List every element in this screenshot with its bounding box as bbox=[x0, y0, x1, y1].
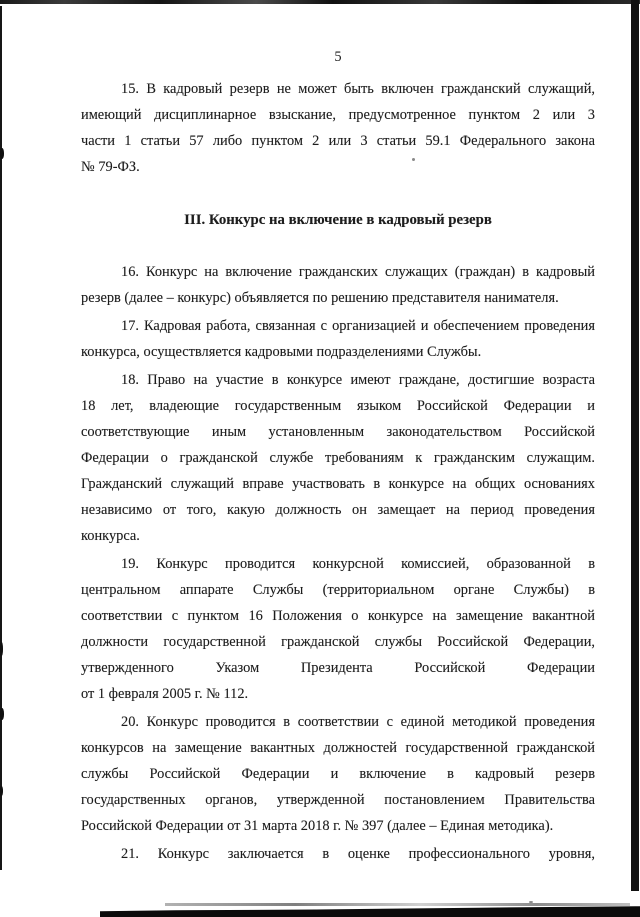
text-line: центральном аппарате Службы (территориал… bbox=[81, 577, 595, 603]
section-heading: III. Конкурс на включение в кадровый рез… bbox=[81, 207, 595, 233]
paragraph-18: 18. Право на участие в конкурсе имеют гр… bbox=[81, 367, 595, 549]
paragraph-15: 15. В кадровый резерв не может быть вклю… bbox=[81, 76, 595, 180]
text-line: независимо от того, какую должность он з… bbox=[81, 497, 595, 523]
page-number: 5 bbox=[81, 44, 595, 70]
paragraph-16: 16. Конкурс на включение гражданских слу… bbox=[81, 259, 595, 311]
scan-blob bbox=[0, 708, 4, 720]
text-line: соответствующие иным установленным закон… bbox=[81, 419, 595, 445]
text-line: Гражданский служащий вправе участвовать … bbox=[81, 471, 595, 497]
text-line: утвержденного Указом Президента Российск… bbox=[81, 655, 595, 681]
text-line: № 79-ФЗ. bbox=[81, 154, 595, 180]
text-line: государственных органов, утвержденной по… bbox=[81, 787, 595, 813]
paragraph-21: 21. Конкурс заключается в оценке професс… bbox=[81, 841, 595, 867]
scan-edge-right bbox=[631, 0, 639, 891]
paragraph-20: 20. Конкурс проводится в соответствии с … bbox=[81, 709, 595, 839]
text-line: 18. Право на участие в конкурсе имеют гр… bbox=[81, 367, 595, 393]
text-line: Российской Федерации от 31 марта 2018 г.… bbox=[81, 813, 595, 839]
text-line: 19. Конкурс проводится конкурсной комисс… bbox=[81, 551, 595, 577]
text-line: соответствии с пунктом 16 Положения о ко… bbox=[81, 603, 595, 629]
scan-blob bbox=[0, 148, 4, 159]
paragraph-17: 17. Кадровая работа, связанная с организ… bbox=[81, 313, 595, 365]
scan-smudge-bottom bbox=[165, 903, 630, 906]
text-line: 20. Конкурс проводится в соответствии с … bbox=[81, 709, 595, 735]
scan-speckle bbox=[412, 158, 415, 161]
text-line: 16. Конкурс на включение гражданских слу… bbox=[81, 259, 595, 285]
text-line: 17. Кадровая работа, связанная с организ… bbox=[81, 313, 595, 339]
scan-edge-top bbox=[0, 0, 640, 4]
paragraph-19: 19. Конкурс проводится конкурсной комисс… bbox=[81, 551, 595, 707]
scan-blob bbox=[0, 642, 3, 656]
text-line: имеющий дисциплинарное взыскание, предус… bbox=[81, 102, 595, 128]
scanned-document-page: 5 15. В кадровый резерв не может быть вк… bbox=[0, 0, 640, 917]
text-line: должности государственной гражданской сл… bbox=[81, 629, 595, 655]
text-line: от 1 февраля 2005 г. № 112. bbox=[81, 681, 595, 707]
text-line: конкурса. bbox=[81, 523, 595, 549]
text-line: резерв (далее – конкурс) объявляется по … bbox=[81, 285, 595, 311]
document-text-block: 5 15. В кадровый резерв не может быть вк… bbox=[81, 44, 595, 869]
text-line: конкурса, осуществляется кадровыми подра… bbox=[81, 339, 595, 365]
text-line: 21. Конкурс заключается в оценке професс… bbox=[81, 841, 595, 867]
text-line: 15. В кадровый резерв не может быть вклю… bbox=[81, 76, 595, 102]
text-line: конкурсов на замещение вакантных должнос… bbox=[81, 735, 595, 761]
text-line: службы Российской Федерации и включение … bbox=[81, 761, 595, 787]
text-line: 18 лет, владеющие государственным языком… bbox=[81, 393, 595, 419]
text-line: части 1 статьи 57 либо пунктом 2 или 3 с… bbox=[81, 128, 595, 154]
scan-blob bbox=[0, 786, 3, 796]
text-line: Федерации о гражданской службе требовани… bbox=[81, 445, 595, 471]
scan-edge-left bbox=[0, 6, 2, 870]
scan-speckle bbox=[529, 901, 533, 903]
